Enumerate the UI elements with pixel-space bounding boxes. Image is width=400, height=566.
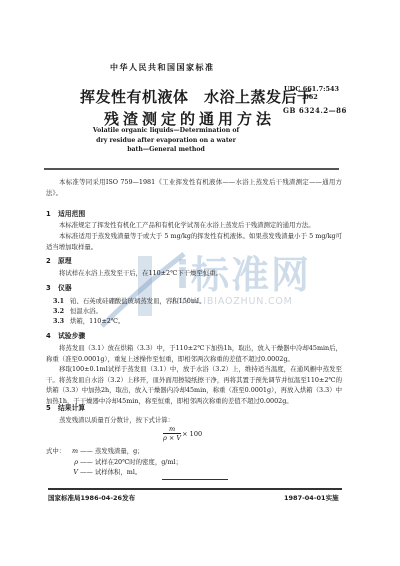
- end-of-text-rule: [162, 479, 228, 480]
- section-1-paragraph-2: 本标准适用于蒸发残渣量等于或大于 5 mg/kg的挥发性有机液体。如果蒸发残渣量…: [46, 231, 342, 252]
- english-title-line-2: dry residue after evaporation on a water: [80, 136, 252, 146]
- intro-paragraph: 本标准等同采用ISO 759—1981《工业挥发性有机液体——水浴上蒸发后干残渣…: [46, 177, 342, 198]
- legend-text: —— 试样体积，ml。: [80, 468, 141, 476]
- legend-row-rho: ρ—— 试样在20℃时的密度，g/ml；: [46, 457, 182, 468]
- udc-code: UDC 661.7:543 .062: [284, 85, 339, 101]
- english-title-line-3: bath—General method: [80, 145, 252, 155]
- item-number: 3.3: [53, 317, 70, 325]
- section-3-item-1: 3.1铂、石英或硅硼酸盐玻璃蒸发皿，容积150ml。: [53, 296, 205, 305]
- item-text: 烘箱，110±2℃。: [70, 317, 124, 325]
- formula-denominator: ρ × V: [163, 434, 181, 443]
- section-4-paragraph-2: 移取100±0.1ml试样于蒸发皿（3.1）中，放于水浴（3.2）上，维持适当温…: [46, 364, 342, 406]
- legend-row-m: 式中：m—— 蒸发残渣量，g；: [46, 446, 182, 457]
- section-title: 适用范围: [58, 210, 85, 218]
- section-5-heading: 5结果计算: [46, 402, 85, 412]
- section-3-item-3: 3.3烘箱，110±2℃。: [53, 316, 124, 325]
- legend-text: —— 蒸发残渣量，g；: [80, 447, 144, 455]
- udc-line-1: UDC 661.7:543: [284, 85, 339, 93]
- national-standard-label: 中华人民共和国国家标准: [110, 62, 215, 73]
- formula-fraction: m ρ × V: [163, 425, 181, 443]
- item-text: 铂、石英或硅硼酸盐玻璃蒸发皿，容积150ml。: [70, 297, 205, 305]
- legend-symbol: V: [68, 467, 78, 478]
- gb-number: GB 6324.2—86: [283, 106, 347, 115]
- section-title: 试验步骤: [58, 332, 85, 340]
- section-number: 1: [46, 210, 58, 218]
- legend-lead: 式中：: [46, 446, 68, 457]
- section-3-heading: 3仪器: [46, 282, 72, 292]
- section-number: 2: [46, 257, 58, 265]
- effective-date: 1987-04-01实施: [284, 493, 339, 502]
- section-1-paragraph-1: 本标准规定了挥发性有机化工产品和有机化学试剂在水浴上蒸发后干残渣测定的通用方法。: [46, 220, 342, 231]
- legend-symbol: ρ: [68, 457, 78, 468]
- section-number: 3: [46, 284, 58, 292]
- section-2-paragraph-1: 将试样在水浴上蒸发至干后，在110±2℃下干燥至恒重。: [46, 268, 342, 279]
- item-text: 恒温水浴。: [70, 307, 102, 315]
- header-divider: [44, 168, 339, 170]
- result-formula: m ρ × V × 100: [163, 425, 202, 443]
- formula-numerator: m: [163, 425, 181, 434]
- title-line-1: 挥发性有机液体 水浴上蒸发后干: [80, 86, 313, 107]
- section-5-paragraph-1: 蒸发残渣以质量百分数计，按下式计算：: [46, 415, 342, 426]
- section-number: 4: [46, 332, 58, 340]
- english-title: Volatile organic liquids—Determination o…: [80, 126, 252, 155]
- udc-line-2: .062: [284, 93, 339, 101]
- legend-symbol: m: [68, 446, 78, 457]
- section-4-paragraph-1: 将蒸发皿（3.1）放在烘箱（3.3）中，于110±2℃下加热1h，取出，放入干燥…: [46, 343, 342, 364]
- section-number: 5: [46, 404, 58, 412]
- english-title-line-1: Volatile organic liquids—Determination o…: [80, 126, 252, 136]
- item-number: 3.1: [53, 297, 70, 305]
- legend-text: —— 试样在20℃时的密度，g/ml；: [80, 458, 182, 466]
- section-1-heading: 1适用范围: [46, 208, 85, 218]
- formula-multiplier: × 100: [182, 430, 202, 438]
- section-title: 原理: [58, 257, 72, 265]
- issue-date: 国家标准局1986-04-26发布: [48, 493, 135, 502]
- section-title: 结果计算: [58, 404, 85, 412]
- section-3-item-2: 3.2恒温水浴。: [53, 306, 102, 315]
- legend-row-v: V—— 试样体积，ml。: [46, 467, 182, 478]
- section-4-heading: 4试验步骤: [46, 330, 85, 340]
- section-2-heading: 2原理: [46, 255, 72, 265]
- footer-divider: [48, 488, 342, 490]
- section-title: 仪器: [58, 284, 72, 292]
- item-number: 3.2: [53, 307, 70, 315]
- formula-legend: 式中：m—— 蒸发残渣量，g； ρ—— 试样在20℃时的密度，g/ml； V——…: [46, 446, 182, 478]
